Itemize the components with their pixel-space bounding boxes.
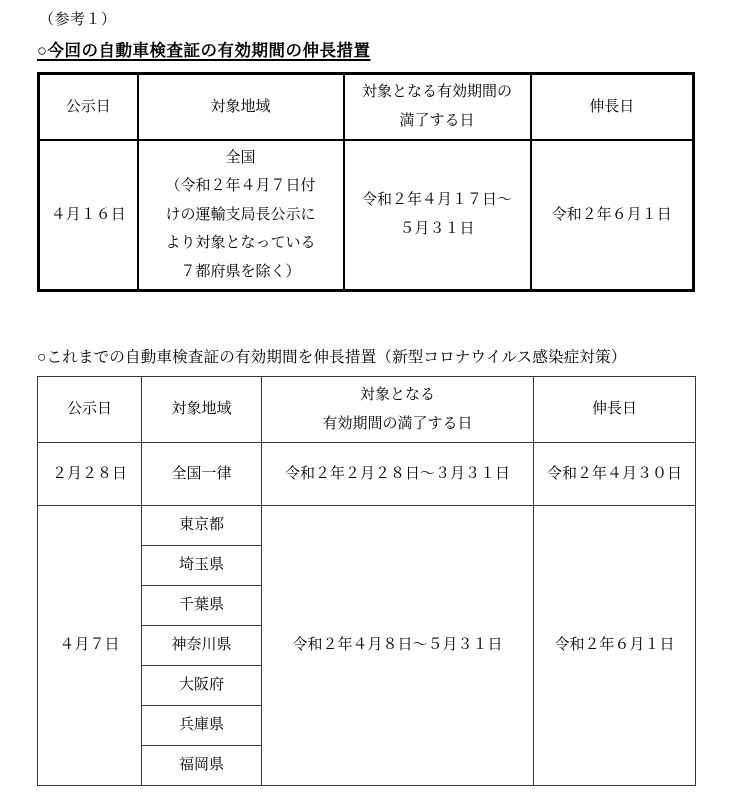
prefecture-cell: 福岡県 xyxy=(142,746,262,786)
cell-announcement-date: ４月７日 xyxy=(38,506,142,786)
section2-heading: ○これまでの自動車検査証の有効期間を伸長措置（新型コロナウイルス感染症対策） xyxy=(37,345,734,367)
cell-announcement-date: ４月１６日 xyxy=(39,140,138,291)
cell-extension-date: 令和２年６月１日 xyxy=(534,506,696,786)
prefecture-cell: 埼玉県 xyxy=(142,546,262,586)
header-announcement-date: 公示日 xyxy=(39,74,138,140)
header-expiration-period: 対象となる有効期間の 満了する日 xyxy=(344,74,531,140)
table-row: ４月１６日 全国 （令和２年４月７日付 けの運輸支局長公示に より対象となってい… xyxy=(39,140,694,291)
prefecture-cell: 東京都 xyxy=(142,506,262,546)
cell-announcement-date: ２月２８日 xyxy=(38,443,142,506)
section1-heading-text: ○今回の自動車検査証の有効期間の伸長措置 xyxy=(37,41,370,60)
prefecture-cell: 神奈川県 xyxy=(142,626,262,666)
cell-expiration-period: 令和２年４月８日～５月３１日 xyxy=(262,506,534,786)
cell-target-region: 全国 （令和２年４月７日付 けの運輸支局長公示に より対象となっている ７都府県… xyxy=(138,140,344,291)
table-header-row: 公示日 対象地域 対象となる有効期間の 満了する日 伸長日 xyxy=(39,74,694,140)
document-page: （参考１） ○今回の自動車検査証の有効期間の伸長措置 公示日 対象地域 対象とな… xyxy=(0,0,734,786)
header-extension-date: 伸長日 xyxy=(531,74,694,140)
cell-target-region: 全国一律 xyxy=(142,443,262,506)
cell-expiration-period: 令和２年４月１７日～ ５月３１日 xyxy=(344,140,531,291)
cell-extension-date: 令和２年６月１日 xyxy=(531,140,694,291)
section1-heading: ○今回の自動車検査証の有効期間の伸長措置 xyxy=(37,37,734,61)
cell-extension-date: 令和２年４月３０日 xyxy=(534,443,696,506)
table-row: ４月７日 東京都 令和２年４月８日～５月３１日 令和２年６月１日 xyxy=(38,506,696,546)
header-target-region: 対象地域 xyxy=(142,377,262,443)
header-announcement-date: 公示日 xyxy=(38,377,142,443)
current-extension-table: 公示日 対象地域 対象となる有効期間の 満了する日 伸長日 ４月１６日 全国 （… xyxy=(37,72,695,292)
table-header-row: 公示日 対象地域 対象となる 有効期間の満了する日 伸長日 xyxy=(38,377,696,443)
previous-extension-table: 公示日 対象地域 対象となる 有効期間の満了する日 伸長日 ２月２８日 全国一律… xyxy=(37,376,696,786)
header-extension-date: 伸長日 xyxy=(534,377,696,443)
reference-label: （参考１） xyxy=(39,8,734,29)
header-expiration-period: 対象となる 有効期間の満了する日 xyxy=(262,377,534,443)
cell-expiration-period: 令和２年２月２８日～３月３１日 xyxy=(262,443,534,506)
table-row: ２月２８日 全国一律 令和２年２月２８日～３月３１日 令和２年４月３０日 xyxy=(38,443,696,506)
prefecture-cell: 兵庫県 xyxy=(142,706,262,746)
header-target-region: 対象地域 xyxy=(138,74,344,140)
prefecture-cell: 大阪府 xyxy=(142,666,262,706)
prefecture-cell: 千葉県 xyxy=(142,586,262,626)
